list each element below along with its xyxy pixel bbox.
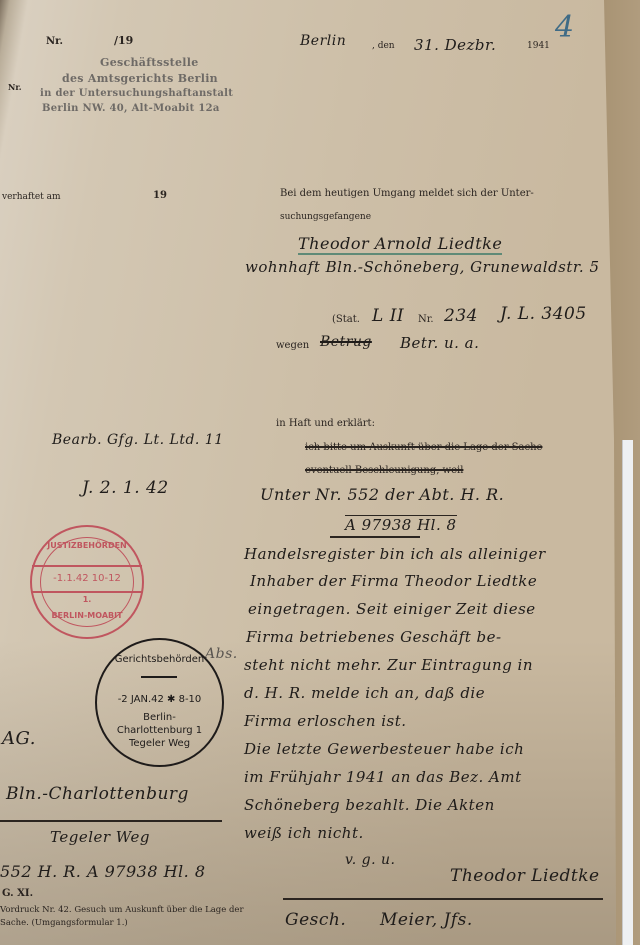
nr-label: Nr. — [46, 36, 63, 47]
left-lower-line: AG. — [2, 728, 36, 749]
black-stamp-line2: Charlottenburg 1 — [99, 725, 220, 736]
verhaftet-year: 19 — [153, 190, 167, 201]
statement-line: d. H. R. melde ich an, daß die — [244, 684, 485, 702]
year: 1941 — [527, 41, 550, 51]
office-stamp-line: des Amtsgerichts Berlin — [62, 72, 218, 85]
office-stamp-line: in der Untersuchungshaftanstalt — [40, 88, 233, 99]
stat-label: (Stat. — [332, 314, 360, 325]
margin-note-2: J. 2. 1. 42 — [82, 478, 169, 498]
verhaftet-label: verhaftet am — [2, 192, 61, 202]
nr-label-2: Nr. — [8, 82, 22, 92]
black-stamp-line3: Tegeler Weg — [99, 738, 220, 749]
struck-line-1: ich bitte um Auskunft über die Lage der … — [305, 442, 542, 453]
left-lower-line: Bln.-Charlottenburg — [6, 784, 189, 804]
statement-line: Die letzte Gewerbesteuer habe ich — [244, 740, 524, 758]
prisoner-signature: Theodor Liedtke — [450, 866, 600, 886]
statement-line: Firma betriebenes Geschäft be- — [246, 628, 502, 646]
document-page: Nr. /19 Nr. Geschäftsstelle des Amtsgeri… — [0, 0, 616, 945]
page-number: 4 — [555, 10, 574, 45]
statement-line: Handelsregister bin ich als alleiniger — [244, 545, 546, 563]
stat-value: L II — [372, 306, 404, 326]
red-stamp-bottom: BERLIN-MOABIT — [34, 611, 140, 620]
wegen-struck: Betrug — [320, 334, 372, 350]
office-stamp-line: Geschäftsstelle — [100, 56, 199, 69]
red-court-stamp: JUSTIZBEHÖRDEN -1.1.42 10-12 1. BERLIN-M… — [30, 525, 144, 639]
prisoner-name: Theodor Arnold Liedtke — [298, 234, 502, 255]
underlying-page-edge — [622, 440, 633, 945]
statement-line: im Frühjahr 1941 an das Bez. Amt — [244, 768, 522, 786]
stamp-bar — [32, 565, 142, 567]
stamp-ornament — [141, 676, 177, 678]
black-stamp-top: Gerichtsbehörden — [99, 654, 220, 665]
nr-year: /19 — [114, 34, 133, 47]
red-stamp-number: 1. — [34, 595, 140, 604]
nr-value: 234 — [444, 306, 478, 326]
black-stamp-line1: Berlin- — [99, 712, 220, 723]
struck-line-2: eventuell Beschleunigung, weil — [305, 465, 463, 476]
vgu-note: v. g. u. — [345, 852, 395, 868]
form-id: G. XI. — [2, 888, 33, 899]
in-haft-label: in Haft und erklärt: — [276, 418, 375, 429]
statement-line: A 97938 Hl. 8 — [345, 515, 457, 534]
office-stamp-line: Berlin NW. 40, Alt-Moabit 12a — [42, 103, 220, 114]
gesch-label: Gesch. — [285, 910, 346, 930]
statement-line: Unter Nr. 552 der Abt. H. R. — [260, 485, 504, 504]
black-stamp-date: -2 JAN.42 ✱ 8-10 — [99, 694, 220, 705]
statement-line: Firma erloschen ist. — [244, 712, 407, 730]
den-label: , den — [372, 41, 395, 51]
statement-line: Schöneberg bezahlt. Die Akten — [244, 796, 495, 814]
place: Berlin — [300, 33, 346, 49]
black-court-stamp: Gerichtsbehörden -2 JAN.42 ✱ 8-10 Berlin… — [95, 638, 224, 767]
form-desc-1: Vordruck Nr. 42. Gesuch um Auskunft über… — [0, 905, 244, 915]
red-stamp-date: -1.1.42 10-12 — [34, 573, 140, 584]
left-rule — [0, 820, 222, 822]
body-line-2: suchungsgefangene — [280, 212, 371, 222]
ref-underline — [330, 536, 420, 538]
file-ref: J. L. 3405 — [500, 304, 587, 324]
left-lower-line: 552 H. R. A 97938 Hl. 8 — [0, 862, 206, 881]
body-line-1: Bei dem heutigen Umgang meldet sich der … — [280, 188, 534, 199]
nr-label-body: Nr. — [418, 314, 434, 325]
date: 31. Dezbr. — [414, 36, 496, 54]
statement-line: eingetragen. Seit einiger Zeit diese — [248, 600, 536, 618]
charge: Betr. u. a. — [400, 334, 479, 352]
red-stamp-top: JUSTIZBEHÖRDEN — [34, 541, 140, 550]
wegen-label: wegen — [276, 340, 309, 351]
left-lower-line: Tegeler Weg — [50, 828, 150, 846]
margin-note-1: Bearb. Gfg. Lt. Ltd. 11 — [52, 432, 224, 448]
signature-line — [283, 898, 603, 900]
statement-line: weiß ich nicht. — [244, 824, 364, 842]
clerk-signature: Meier, Jfs. — [380, 910, 473, 930]
prisoner-address: wohnhaft Bln.-Schöneberg, Grunewaldstr. … — [245, 258, 600, 276]
form-desc-2: Sache. (Umgangsformular 1.) — [0, 918, 128, 928]
statement-line: steht nicht mehr. Zur Eintragung in — [244, 656, 533, 674]
stamp-bar — [32, 591, 142, 593]
statement-line: Inhaber der Firma Theodor Liedtke — [250, 572, 537, 590]
